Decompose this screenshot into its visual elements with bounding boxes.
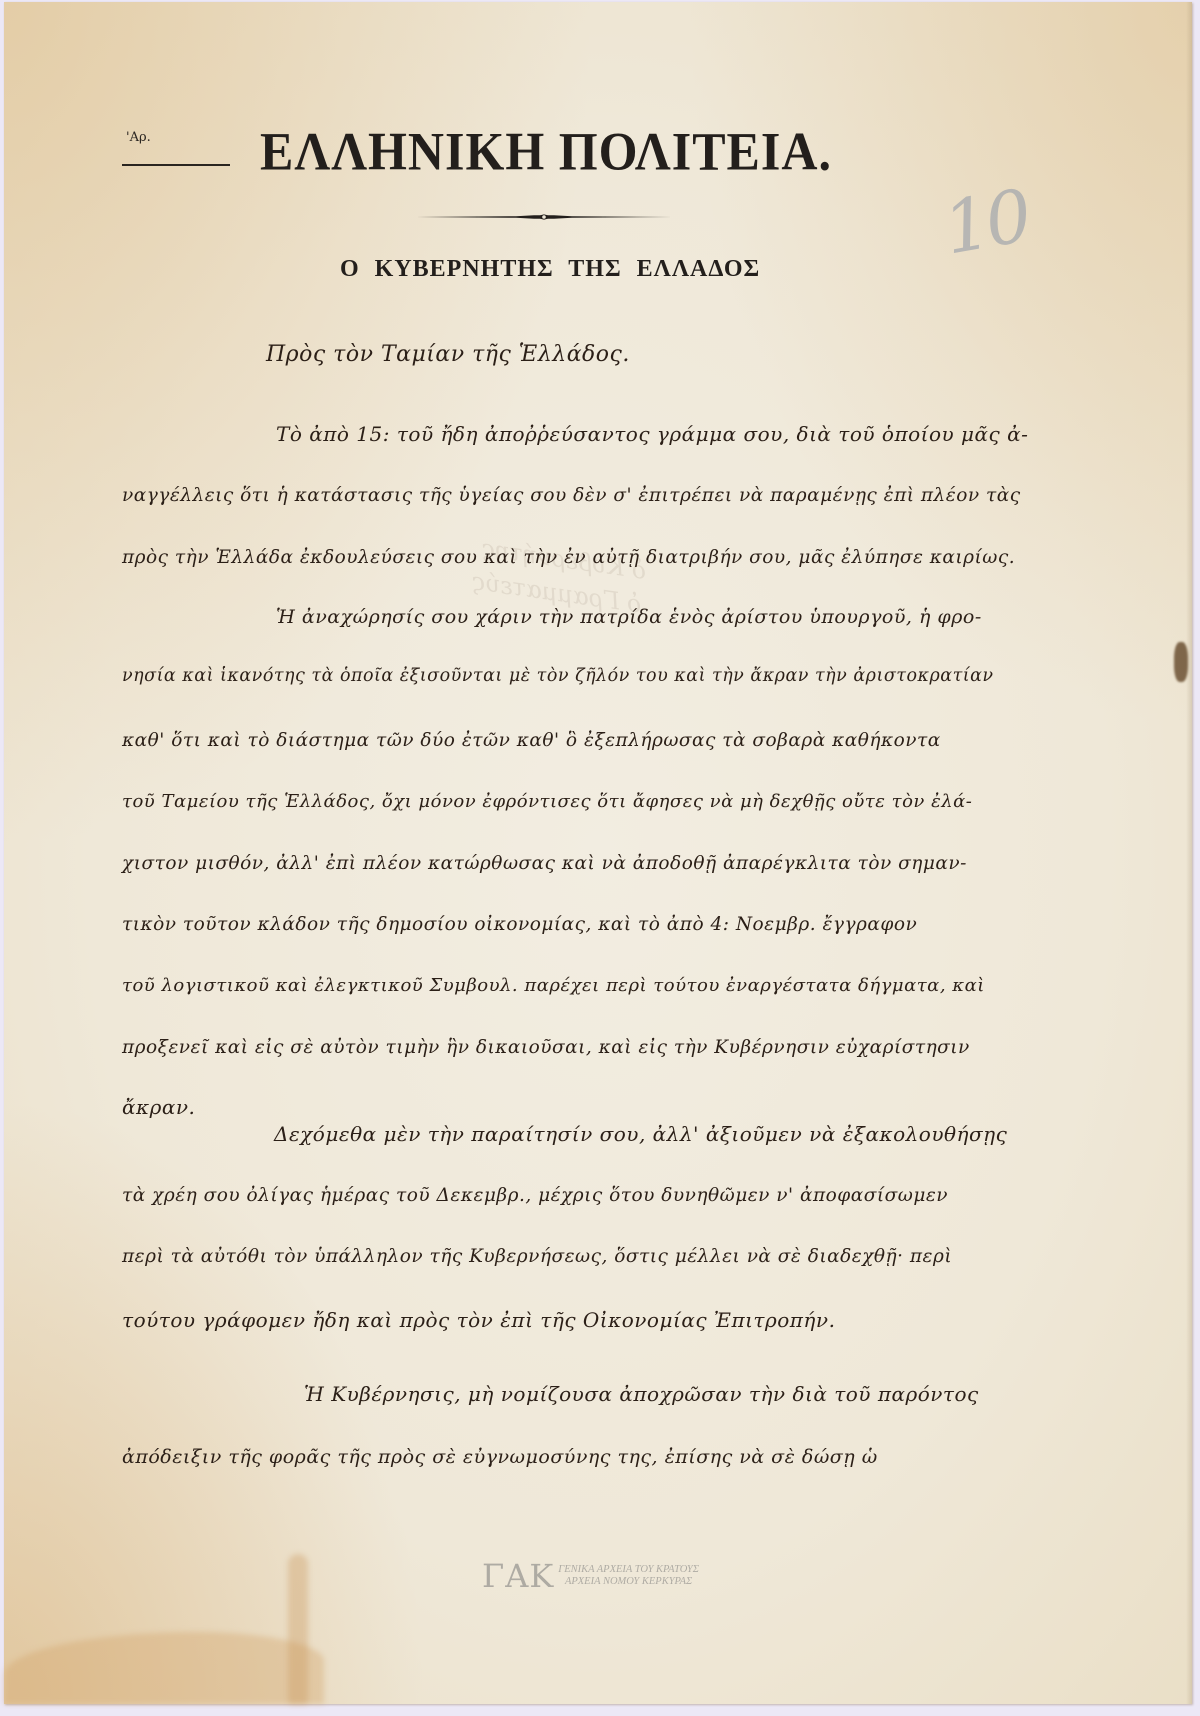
text-line: νησία καὶ ἱκανότης τὰ ὁποῖα ἐξισοῦνται μ…	[122, 666, 994, 686]
letterhead-title: ΕΛΛΗΝΙΚΗ ΠΟΛΙΤΕΙΑ.	[260, 120, 832, 183]
text-line: καθ' ὅτι καὶ τὸ διάστημα τῶν δύο ἐτῶν κα…	[122, 730, 941, 751]
text-line: Ἡ ἀναχώρησίς σου χάριν τὴν πατρίδα ἑνὸς …	[276, 606, 982, 628]
archive-name-line2: ΑΡΧΕΙΑ ΝΟΜΟΥ ΚΕΡΚΥΡΑΣ	[558, 1576, 699, 1588]
salutation: Πρὸς τὸν Ταμίαν τῆς Ἑλλάδος.	[266, 342, 630, 367]
text-line: πρὸς τὴν Ἑλλάδα ἐκδουλεύσεις σου καὶ τὴν…	[122, 547, 1015, 568]
text-line: τὰ χρέη σου ὀλίγας ἡμέρας τοῦ Δεκεμβρ., …	[122, 1185, 948, 1206]
water-stain	[4, 1632, 324, 1704]
text-line: ἀπόδειξιν τῆς φορᾶς τῆς πρὸς σὲ εὐγνωμοσ…	[122, 1446, 878, 1468]
text-line: Δεχόμεθα μὲν τὴν παραίτησίν σου, ἀλλ' ἀξ…	[274, 1122, 1007, 1146]
archive-name: ΓΕΝΙΚΑ ΑΡΧΕΙΑ ΤΟΥ ΚΡΑΤΟΥΣ ΑΡΧΕΙΑ ΝΟΜΟΥ Κ…	[558, 1564, 699, 1588]
number-blank-line	[122, 164, 230, 166]
text-line: τικὸν τοῦτον κλάδον τῆς δημοσίου οἰκονομ…	[122, 914, 917, 935]
letterhead-subtitle: Ο ΚΥΒΕΡΝΗΤΗΣ ΤΗΣ ΕΛΛΑΔΟΣ	[340, 256, 760, 283]
number-label: 'Αρ.	[126, 130, 151, 145]
document-page: ὁ Κυβερνήτηςὁ Γραμματεύς 'Αρ. ΕΛΛΗΝΙΚΗ Π…	[4, 2, 1192, 1704]
text-line: περὶ τὰ αὐτόθι τὸν ὑπάλληλον τῆς Κυβερνή…	[122, 1246, 952, 1267]
text-line: τοῦ λογιστικοῦ καὶ ἐλεγκτικοῦ Συμβουλ. π…	[122, 975, 985, 996]
text-line: τοῦ Ταμείου τῆς Ἑλλάδος, ὄχι μόνον ἐφρόν…	[122, 791, 972, 812]
page-edge-shadow	[1186, 2, 1192, 1704]
text-line: χιστον μισθόν, ἀλλ' ἐπὶ πλέον κατώρθωσας…	[122, 853, 967, 874]
pencil-folio-number: 10	[937, 173, 1034, 270]
archive-logo-icon: ΓΑΚ	[482, 1557, 554, 1595]
text-line: Τὸ ἀπὸ 15: τοῦ ἤδη ἀποῤῥεύσαντος γράμμα …	[276, 422, 1028, 446]
ornament-rule-icon	[416, 214, 672, 220]
ink-blot	[1174, 642, 1188, 682]
text-line: ἄκραν.	[122, 1095, 195, 1119]
text-line: ναγγέλλεις ὅτι ἡ κατάστασις τῆς ὑγείας σ…	[122, 485, 1021, 506]
text-line: Ἡ Κυβέρνησις, μὴ νομίζουσα ἀποχρῶσαν τὴν…	[304, 1382, 979, 1406]
water-stain-drip	[288, 1554, 308, 1704]
archive-name-line1: ΓΕΝΙΚΑ ΑΡΧΕΙΑ ΤΟΥ ΚΡΑΤΟΥΣ	[558, 1564, 699, 1576]
text-line: προξενεῖ καὶ εἰς σὲ αὐτὸν τιμὴν ἣν δικαι…	[122, 1037, 970, 1058]
text-line: τούτου γράφομεν ἤδη καὶ πρὸς τὸν ἐπὶ τῆς…	[122, 1308, 835, 1332]
archive-watermark: ΓΑΚ ΓΕΝΙΚΑ ΑΡΧΕΙΑ ΤΟΥ ΚΡΑΤΟΥΣ ΑΡΧΕΙΑ ΝΟΜ…	[482, 1557, 699, 1595]
